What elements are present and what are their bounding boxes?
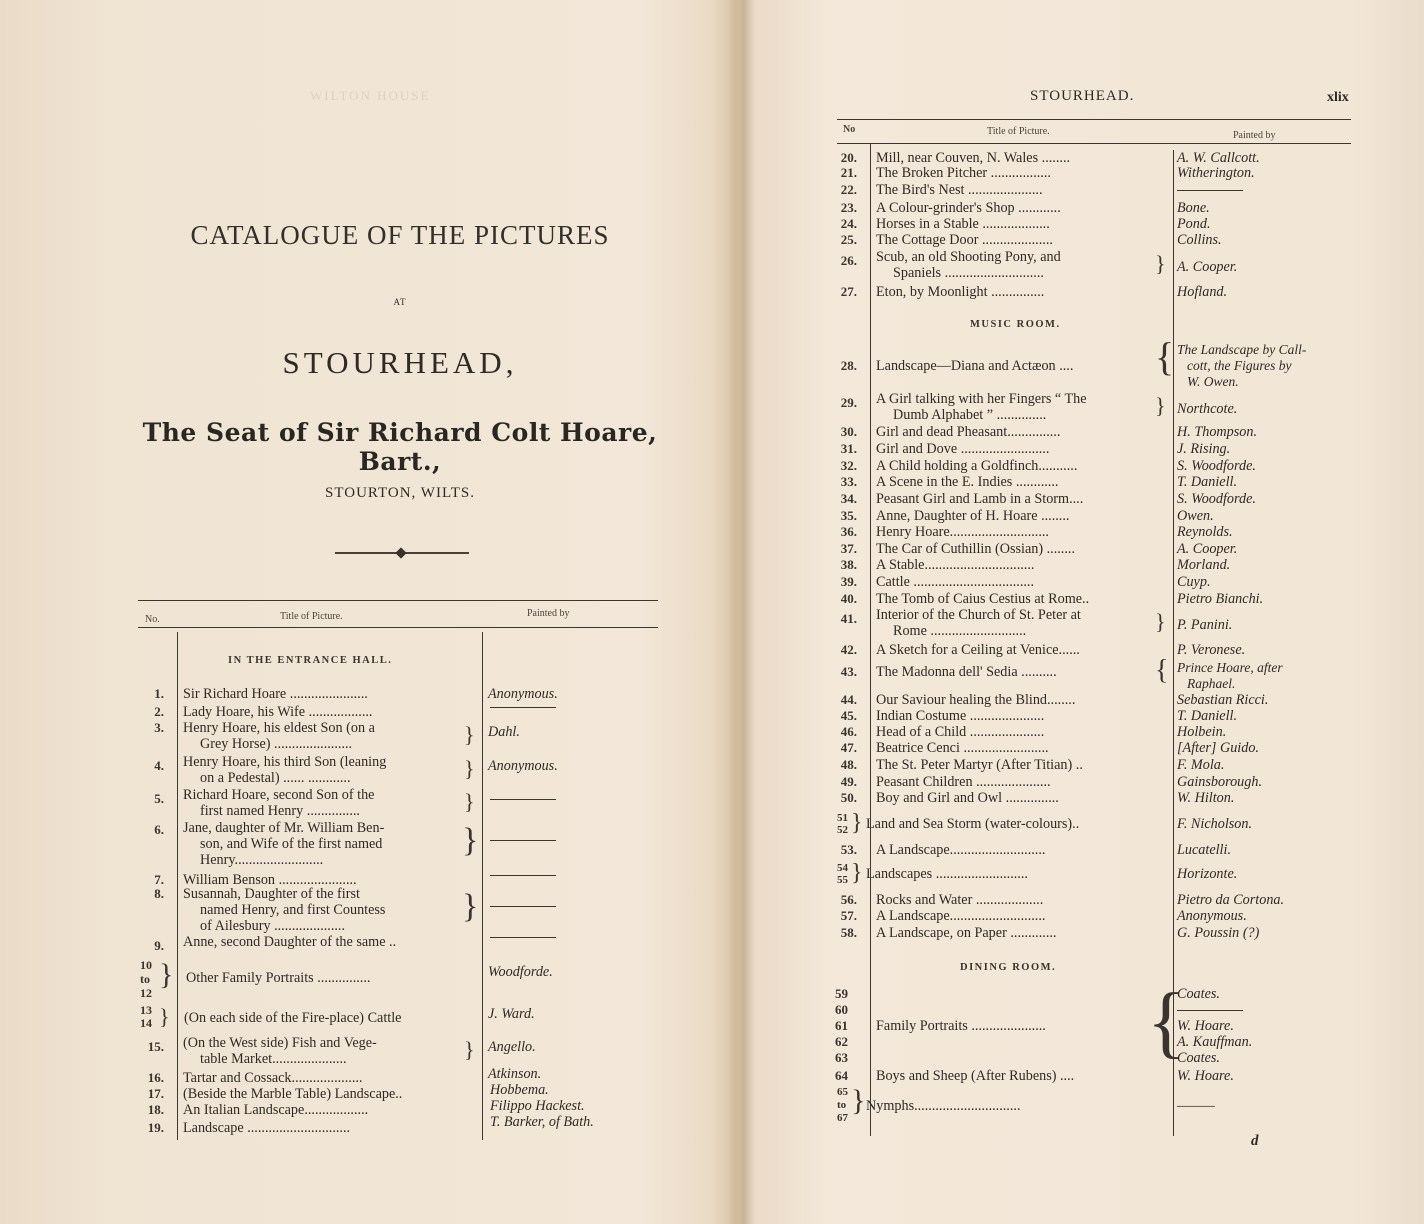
row-title: Our Saviour healing the Blind........ [876,692,1075,709]
row-title: The Car of Cuthillin (Ossian) ........ [876,541,1075,558]
row-title-continued: on a Pedestal) ...... ............ [200,770,351,787]
brace-icon: } [159,964,173,986]
row-title-continued: Rome ........................... [893,623,1026,640]
row-number: 2. [120,704,164,721]
row-painter: Witherington. [1177,165,1255,182]
row-number: 22. [827,182,857,199]
row-painter: Woodforde. [488,964,553,981]
row-title: Eton, by Moonlight ............... [876,284,1044,301]
row-painter: Pond. [1177,216,1211,233]
row-number: 15. [120,1039,164,1056]
ditto-dash [490,707,556,708]
row-title: Richard Hoare, second Son of the [183,787,374,804]
brace-icon: { [1155,660,1168,682]
row-number: 32. [827,458,857,475]
row-title-continued: first named Henry ............... [200,803,360,820]
row-title-continued: of Ailesbury .................... [200,918,345,935]
row-painter: ——— [1177,1098,1215,1115]
header-painter: Painted by [1233,130,1276,141]
painter-line: Raphael. [1177,676,1283,692]
row-number: 45. [827,708,857,725]
row-number: 37. [827,541,857,558]
row-number: 44. [827,692,857,709]
row-title: A Child holding a Goldfinch........... [876,458,1077,475]
row-number: 38. [827,557,857,574]
row-painter: Collins. [1177,232,1222,249]
row-number: 63 [835,1050,855,1067]
ditto-dash [490,906,556,907]
row-painter: Anonymous. [1177,908,1247,925]
row-painter: Coates. [1177,1050,1220,1067]
row-painter: P. Panini. [1177,617,1232,634]
row-number: 18. [120,1102,164,1119]
row-title: The Bird's Nest ..................... [876,182,1043,199]
row-painter: J. Rising. [1177,441,1230,458]
row-title: (Beside the Marble Table) Landscape.. [183,1086,402,1103]
row-number: 9. [120,938,164,955]
row-number: 60 [835,1002,855,1019]
row-title: Boys and Sheep (After Rubens) .... [876,1068,1074,1085]
row-number: 24. [827,216,857,233]
row-number: 64 [835,1068,855,1085]
row-title: Landscape ............................. [183,1120,350,1137]
row-painter: Dahl. [488,724,520,741]
row-painter: A. Cooper. [1177,541,1237,558]
row-number: 34. [827,491,857,508]
row-painter: Reynolds. [1177,524,1233,541]
row-title: Anne, Daughter of H. Hoare ........ [876,508,1069,525]
brace-icon: } [851,812,863,834]
row-number: 1. [120,686,164,703]
row-title: (On the West side) Fish and Vege- [183,1035,377,1052]
row-number: 56. [827,892,857,909]
row-number: 30. [827,424,857,441]
title-seat-blackletter: The Seat of Sir Richard Colt Hoare, Bart… [110,418,690,476]
row-title: Beatrice Cenci ........................ [876,740,1049,757]
row-number: 53. [827,842,857,859]
row-number: 49. [827,774,857,791]
table-header-rule [138,627,658,628]
row-number: 47. [827,740,857,757]
row-painter: T. Barker, of Bath. [490,1114,594,1131]
brace-icon: } [851,862,863,884]
row-painter: Hofland. [1177,284,1227,301]
row-title: Girl and dead Pheasant............... [876,424,1060,441]
row-number: 26. [827,253,857,270]
brace-icon: } [159,1006,170,1028]
painter-line: W. Owen. [1177,374,1306,390]
column-divider-left [870,143,871,1136]
column-divider-right [482,632,483,1140]
row-title: A Landscape, on Paper ............. [876,925,1056,942]
section-heading-music-room: MUSIC ROOM. [970,319,1061,330]
painter-line: The Landscape by Call- [1177,342,1306,358]
row-number: 3. [120,720,164,737]
row-number: 41. [827,611,857,628]
row-painter: Hobbema. [490,1082,549,1099]
row-painter: W. Hilton. [1177,790,1234,807]
row-title: Lady Hoare, his Wife .................. [183,704,372,721]
row-title: The Tomb of Caius Cestius at Rome.. [876,591,1089,608]
row-title: Henry Hoare, his eldest Son (on a [183,720,375,737]
ditto-dash [490,840,556,841]
row-title: Peasant Girl and Lamb in a Storm.... [876,491,1083,508]
row-title: Cattle .................................… [876,574,1034,591]
row-number: 29. [827,395,857,412]
ditto-dash [490,875,556,876]
row-painter: S. Woodforde. [1177,458,1256,475]
row-painter: Atkinson. [488,1066,541,1083]
row-title: Scub, an old Shooting Pony, and [876,249,1061,266]
row-title-continued: table Market..................... [200,1051,347,1068]
row-number: 36. [827,524,857,541]
row-painter: Lucatelli. [1177,842,1231,859]
row-title: Sir Richard Hoare ...................... [183,686,368,703]
row-title: Henry Hoare............................ [876,524,1049,541]
row-title: Indian Costume ..................... [876,708,1044,725]
row-painter: P. Veronese. [1177,642,1245,659]
row-painter: Prince Hoare, afterRaphael. [1177,660,1283,692]
row-number: 40. [827,591,857,608]
row-number: 23. [827,200,857,217]
row-painter: T. Daniell. [1177,474,1237,491]
row-title: A Sketch for a Ceiling at Venice...... [876,642,1080,659]
row-number: 33. [827,474,857,491]
running-head: STOURHEAD. [1030,88,1134,105]
row-title: Anne, second Daughter of the same .. [183,934,396,951]
row-painter: Bone. [1177,200,1210,217]
brace-icon: } [462,830,478,852]
row-painter: Northcote. [1177,401,1237,418]
row-painter: Cuyp. [1177,574,1211,591]
row-painter: Morland. [1177,557,1230,574]
row-number: 5. [120,791,164,808]
row-number: 28. [827,358,857,375]
row-painter: Gainsborough. [1177,774,1262,791]
row-title: Family Portraits ..................... [876,1018,1046,1035]
brace-icon: } [464,1039,475,1061]
row-painter: G. Poussin (?) [1177,925,1259,942]
brace-icon: } [1155,253,1166,275]
page-number: xlix [1327,90,1349,106]
ditto-dash [490,799,556,800]
row-painter: W. Hoare. [1177,1068,1234,1085]
header-no: No. [145,614,160,625]
row-painter: Horizonte. [1177,866,1237,883]
row-painter: A. Cooper. [1177,259,1237,276]
section-heading-dining-room: DINING ROOM. [960,962,1056,973]
table-top-rule [138,600,658,601]
diamond-ornament-icon [395,547,406,558]
brace-icon: } [462,896,478,918]
row-number: 59 [835,986,855,1003]
section-heading-entrance-hall: IN THE ENTRANCE HALL. [228,655,392,666]
row-title: Horses in a Stable ................... [876,216,1050,233]
row-painter: S. Woodforde. [1177,491,1256,508]
painter-line: Prince Hoare, after [1177,660,1283,676]
row-title: Other Family Portraits ............... [186,970,370,987]
row-painter: Sebastian Ricci. [1177,692,1268,709]
row-title-continued: named Henry, and first Countess [200,902,385,919]
row-painter: Anonymous. [488,686,558,703]
row-number: 17. [120,1086,164,1103]
signature-mark: d [1251,1133,1259,1150]
row-title: Susannah, Daughter of the first [183,886,360,903]
row-number: 50. [827,790,857,807]
row-title: Jane, daughter of Mr. William Ben- [183,820,384,837]
row-title: The Broken Pitcher ................. [876,165,1051,182]
row-title: (On each side of the Fire-place) Cattle [184,1010,401,1027]
row-number: 61 [835,1018,855,1035]
row-number: 43. [827,664,857,681]
catalogue-title: CATALOGUE OF THE PICTURES [150,220,650,251]
row-title-continued: son, and Wife of the first named [200,836,382,853]
ditto-dash [490,937,556,938]
brace-icon: } [464,791,475,813]
title-at: AT [150,297,650,307]
row-title: Land and Sea Storm (water-colours).. [866,816,1079,833]
row-title: The St. Peter Martyr (After Titian) .. [876,757,1083,774]
row-title-continued: Henry......................... [200,852,323,869]
row-number: 62 [835,1034,855,1051]
row-title: The Madonna dell' Sedia .......... [876,664,1057,681]
table-header-rule [837,143,1351,144]
row-number: 6. [120,822,164,839]
row-painter: Pietro Bianchi. [1177,591,1263,608]
row-title: A Girl talking with her Fingers “ The [876,391,1087,408]
row-painter: F. Mola. [1177,757,1224,774]
row-number: 35. [827,508,857,525]
right-page: STOURHEAD. xlix No Title of Picture. Pai… [745,0,1424,1224]
brace-icon: } [851,1090,865,1112]
row-title: Girl and Dove ......................... [876,441,1049,458]
row-painter: Angello. [488,1039,536,1056]
row-title: A Colour-grinder's Shop ............ [876,200,1061,217]
row-painter: T. Daniell. [1177,708,1237,725]
column-divider-left [177,632,178,1140]
row-painter: Pietro da Cortona. [1177,892,1284,909]
row-painter: A. Kauffman. [1177,1034,1252,1051]
row-number: 57. [827,908,857,925]
row-title-continued: Dumb Alphabet ” .............. [893,407,1046,424]
row-title: Nymphs.............................. [866,1098,1021,1115]
brace-icon: } [464,724,475,746]
row-title-continued: Grey Horse) ...................... [200,736,352,753]
header-title: Title of Picture. [987,126,1050,137]
row-number: 16. [120,1070,164,1087]
row-title: The Cottage Door .................... [876,232,1053,249]
row-title: Peasant Children ..................... [876,774,1051,791]
title-place: STOURHEAD, [150,345,650,381]
row-title-continued: Spaniels ............................ [893,265,1044,282]
ornament-rule [335,552,469,554]
brace-icon: } [464,758,475,780]
painter-line: cott, the Figures by [1177,358,1306,374]
row-painter: Holbein. [1177,724,1226,741]
row-painter: J. Ward. [488,1006,535,1023]
row-title: Rocks and Water ................... [876,892,1043,909]
row-painter: Filippo Hackest. [490,1098,585,1115]
row-number: 42. [827,642,857,659]
row-title: A Stable............................... [876,557,1034,574]
ditto-dash [1177,190,1243,191]
left-page: CATALOGUE OF THE PICTURES AT STOURHEAD, … [0,0,735,1224]
row-title: Tartar and Cossack.................... [183,1070,362,1087]
row-title: Landscapes .......................... [866,866,1028,883]
row-number: 19. [120,1120,164,1137]
row-number: 39. [827,574,857,591]
row-number: 58. [827,925,857,942]
row-painter: H. Thompson. [1177,424,1257,441]
brace-icon: } [1155,395,1166,417]
row-title: Boy and Girl and Owl ............... [876,790,1059,807]
row-title: Head of a Child ..................... [876,724,1044,741]
table-top-rule [837,119,1351,120]
row-number: 25. [827,232,857,249]
row-number: 8. [120,886,164,903]
row-painter: W. Hoare. [1177,1018,1234,1035]
row-title: A Landscape........................... [876,842,1045,859]
row-number: 46. [827,724,857,741]
row-title: A Landscape........................... [876,908,1045,925]
row-number: 21. [827,165,857,182]
row-painter: Owen. [1177,508,1214,525]
row-title: Landscape—Diana and Actæon .... [876,358,1073,375]
brace-icon: } [1155,611,1166,633]
row-number: 27. [827,284,857,301]
row-title: Interior of the Church of St. Peter at [876,607,1081,624]
ditto-dash [1177,1010,1243,1011]
row-painter: F. Nicholson. [1177,816,1252,833]
row-number: 4. [120,758,164,775]
row-painter: Anonymous. [488,758,558,775]
row-number: 48. [827,757,857,774]
row-title: A Scene in the E. Indies ............ [876,474,1058,491]
row-title: Henry Hoare, his third Son (leaning [183,754,386,771]
brace-icon: { [1155,346,1174,368]
row-painter: The Landscape by Call-cott, the Figures … [1177,342,1306,390]
title-location: STOURTON, WILTS. [150,485,650,502]
header-title: Title of Picture. [280,611,343,622]
row-number: 31. [827,441,857,458]
row-title: An Italian Landscape.................. [183,1102,368,1119]
row-painter: [After] Guido. [1177,740,1259,757]
header-painter: Painted by [527,608,570,619]
header-no: No [843,124,855,135]
